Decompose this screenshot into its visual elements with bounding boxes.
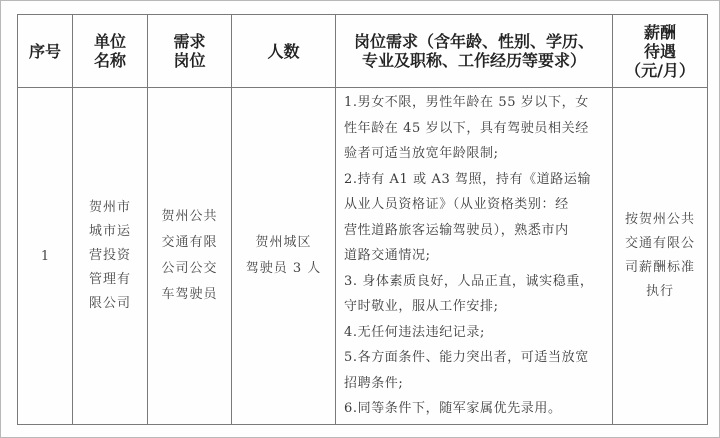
header-salary-line2: 待遇 (613, 42, 707, 61)
header-post-line2: 岗位 (148, 51, 231, 70)
cell-post: 贺州公共 交通有限 公司公交 车驾驶员 (148, 88, 232, 425)
header-unit-line1: 单位 (73, 32, 147, 51)
cell-count: 贺州城区 驾驶员 3 人 (232, 88, 336, 425)
header-req-line2: 专业及职称、工作经历等要求） (336, 51, 612, 70)
header-salary-line3: （元/月） (613, 61, 707, 80)
header-req-line1: 岗位需求（含年龄、性别、学历、 (336, 32, 612, 51)
header-salary-line1: 薪酬 (613, 23, 707, 42)
header-index: 序号 (18, 15, 73, 88)
recruitment-table: 序号 单位 名称 需求 岗位 人数 岗位需求（含年龄、性别、学历、 专业及职称、… (17, 14, 708, 425)
header-salary: 薪酬 待遇 （元/月） (613, 15, 708, 88)
cell-salary: 按贺州公共 交通有限公 司薪酬标准 执行 (613, 88, 708, 425)
table-row: 1 贺州市 城市运 营投资 管理有 限公司 贺州公共 交通有限 公司公交 车驾驶… (18, 88, 708, 425)
header-unit-line2: 名称 (73, 51, 147, 70)
header-count: 人数 (232, 15, 336, 88)
header-row: 序号 单位 名称 需求 岗位 人数 岗位需求（含年龄、性别、学历、 专业及职称、… (18, 15, 708, 88)
cell-unit-name: 贺州市 城市运 营投资 管理有 限公司 (73, 88, 148, 425)
header-unit-name: 单位 名称 (73, 15, 148, 88)
header-requirements: 岗位需求（含年龄、性别、学历、 专业及职称、工作经历等要求） (336, 15, 613, 88)
cell-requirements: 1.男女不限，男性年龄在 55 岁以下，女 性年龄在 45 岁以下，具有驾驶员相… (336, 88, 613, 425)
header-post-line1: 需求 (148, 32, 231, 51)
header-post: 需求 岗位 (148, 15, 232, 88)
cell-index: 1 (18, 88, 73, 425)
